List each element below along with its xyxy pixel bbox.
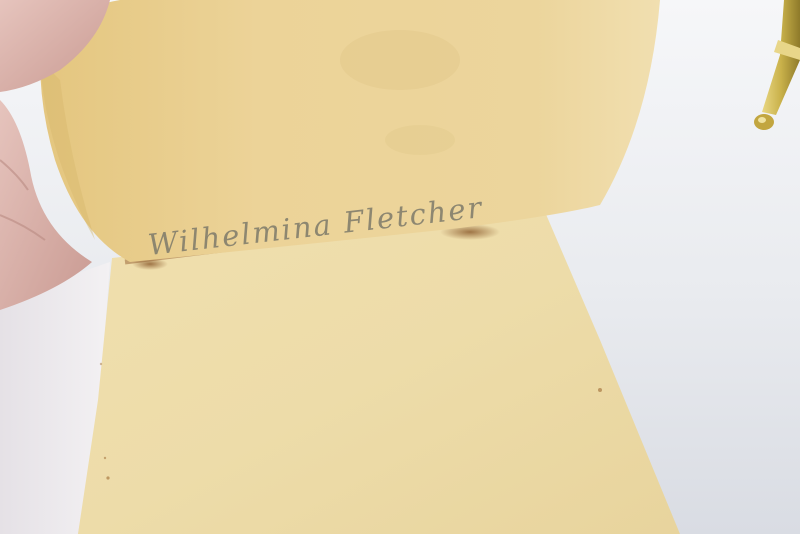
notebook-page bbox=[78, 212, 680, 534]
brass-fitting bbox=[754, 0, 800, 130]
photo-scene: Wilhelmina Fletcher bbox=[0, 0, 800, 534]
photo-illustration bbox=[0, 0, 800, 534]
